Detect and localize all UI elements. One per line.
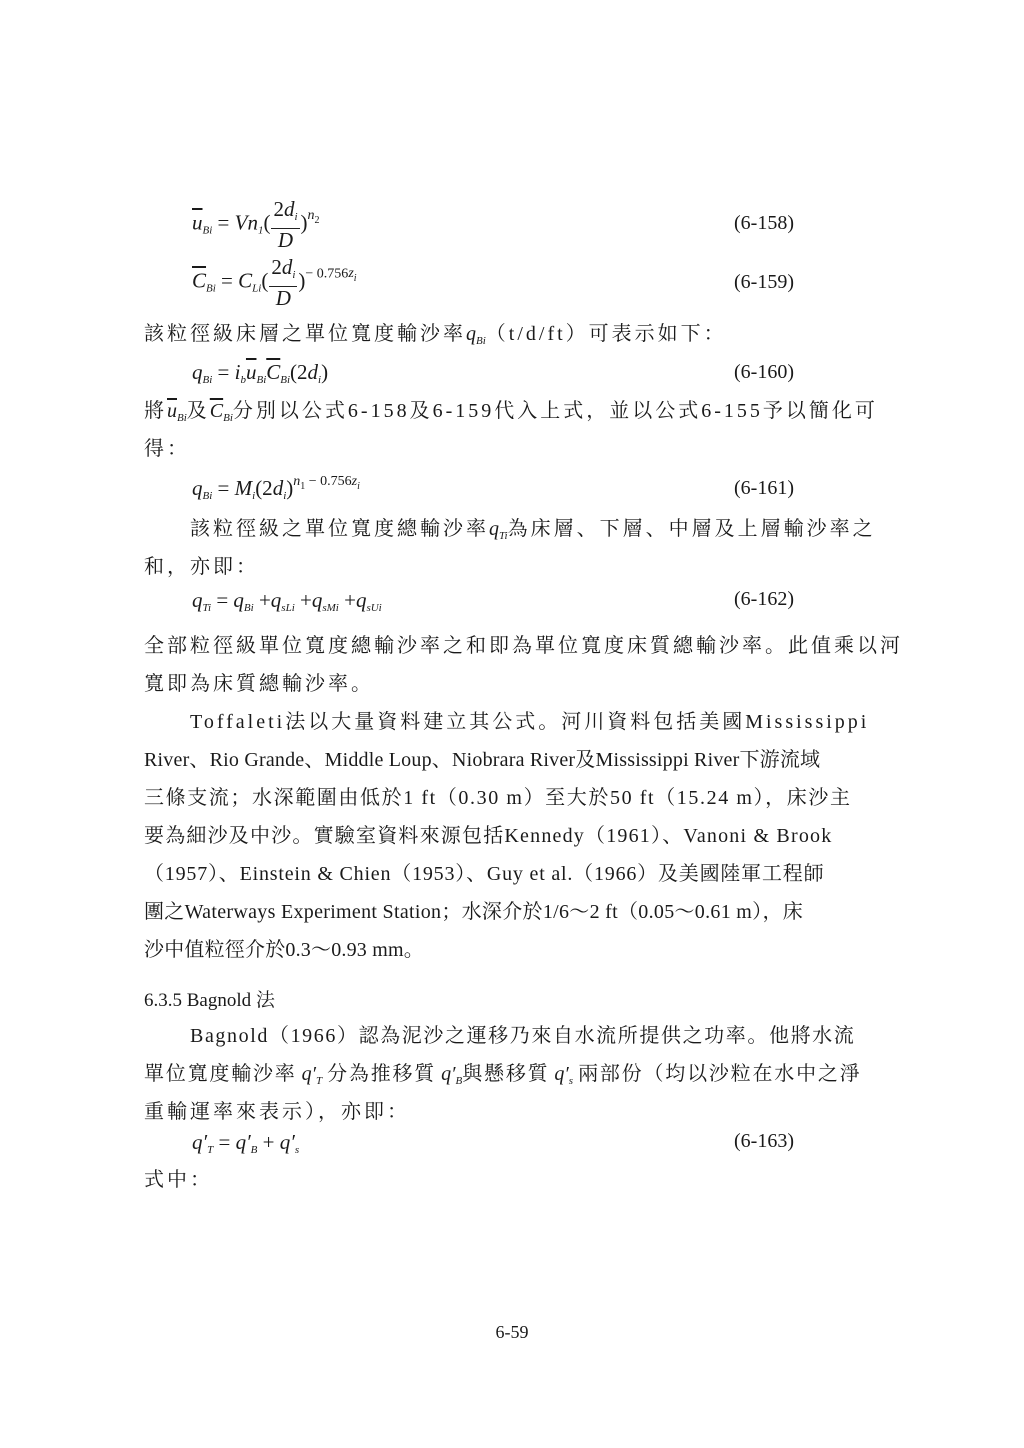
text: 分別以公式6-158及6-159代入上式，並以公式6-155予以簡化可 xyxy=(233,400,878,422)
equation-number: (6-162) xyxy=(734,588,794,611)
paragraph-line: River、Rio Grande、Middle Loup、Niobrara Ri… xyxy=(144,746,880,774)
paragraph-line: Bagnold（1966）認為泥沙之運移乃來自水流所提供之功率。他將水流 xyxy=(190,1022,880,1050)
text: 分為推移質 xyxy=(327,1063,436,1085)
equation-number: (6-158) xyxy=(734,212,794,235)
equation-number: (6-163) xyxy=(734,1130,794,1153)
paragraph-line: 該粒徑級床層之單位寬度輸沙率qBi（t/d/ft）可表示如下： xyxy=(144,320,880,355)
equation-number: (6-160) xyxy=(734,361,794,384)
text: 單位寬度輸沙率 xyxy=(144,1063,297,1085)
text: 該粒徑級床層之單位寬度輸沙率 xyxy=(144,323,466,345)
paragraph-line: 該粒徑級之單位寬度總輸沙率qTi為床層、下層、中層及上層輸沙率之 xyxy=(190,515,880,550)
equation-number: (6-159) xyxy=(734,271,794,294)
equation-6-160: qBi = ibuBiCBi(2di) xyxy=(192,360,328,386)
text: 及 xyxy=(187,400,210,422)
paragraph-line: 要為細沙及中沙。實驗室資料來源包括Kennedy（1961）、Vanoni & … xyxy=(144,822,880,850)
text: 為床層、下層、中層及上層輸沙率之 xyxy=(508,518,876,540)
equation-6-158: uBi = Vn1(2diD)n2 xyxy=(192,198,320,251)
text: 兩部份（均以沙粒在水中之淨 xyxy=(578,1063,861,1085)
paragraph-line: （1957）、Einstein & Chien（1953）、Guy et al.… xyxy=(144,860,880,888)
paragraph-line: 單位寬度輸沙率 q′T 分為推移質 q′B與懸移質 q′s 兩部份（均以沙粒在水… xyxy=(144,1060,880,1095)
paragraph-line: 沙中值粒徑介於0.3～0.93 mm。 xyxy=(144,936,880,964)
page-number: 6-59 xyxy=(0,1322,1024,1343)
paragraph-line: 全部粒徑級單位寬度總輸沙率之和即為單位寬度床質總輸沙率。此值乘以河 xyxy=(144,632,880,660)
section-heading: 6.3.5 Bagnold 法 xyxy=(144,985,275,1012)
paragraph-line: 重輸運率來表示），亦即： xyxy=(144,1098,880,1126)
paragraph-line: 三條支流；水深範圍由低於1 ft（0.30 m）至大於50 ft（15.24 m… xyxy=(144,784,880,812)
paragraph-line: 式中： xyxy=(144,1166,880,1194)
text: 將 xyxy=(144,400,167,422)
text: （t/d/ft）可表示如下： xyxy=(486,323,727,345)
paragraph-line: 寬即為床質總輸沙率。 xyxy=(144,670,880,698)
equation-6-161: qBi = Mi(2di)n1 − 0.756zi xyxy=(192,474,360,502)
equation-number: (6-161) xyxy=(734,477,794,500)
paragraph-line: 團之Waterways Experiment Station；水深介於1/6～2… xyxy=(144,898,880,926)
document-page: uBi = Vn1(2diD)n2 (6-158) CBi = CLi(2diD… xyxy=(0,0,1024,1448)
paragraph-line: 得： xyxy=(144,435,880,463)
paragraph-line: 和，亦即： xyxy=(144,553,880,581)
text: 與懸移質 xyxy=(462,1063,549,1085)
paragraph-line: Toffaleti法以大量資料建立其公式。河川資料包括美國Mississippi xyxy=(190,708,880,736)
paragraph-line: 將uBi及CBi分別以公式6-158及6-159代入上式，並以公式6-155予以… xyxy=(144,397,880,432)
equation-6-162: qTi = qBi +qsLi +qsMi +qsUi xyxy=(192,588,382,614)
equation-6-163: q′T = q′B + q′s xyxy=(192,1130,299,1156)
equation-6-159: CBi = CLi(2diD)− 0.756zi xyxy=(192,256,357,309)
text: 該粒徑級之單位寬度總輸沙率 xyxy=(190,518,489,540)
